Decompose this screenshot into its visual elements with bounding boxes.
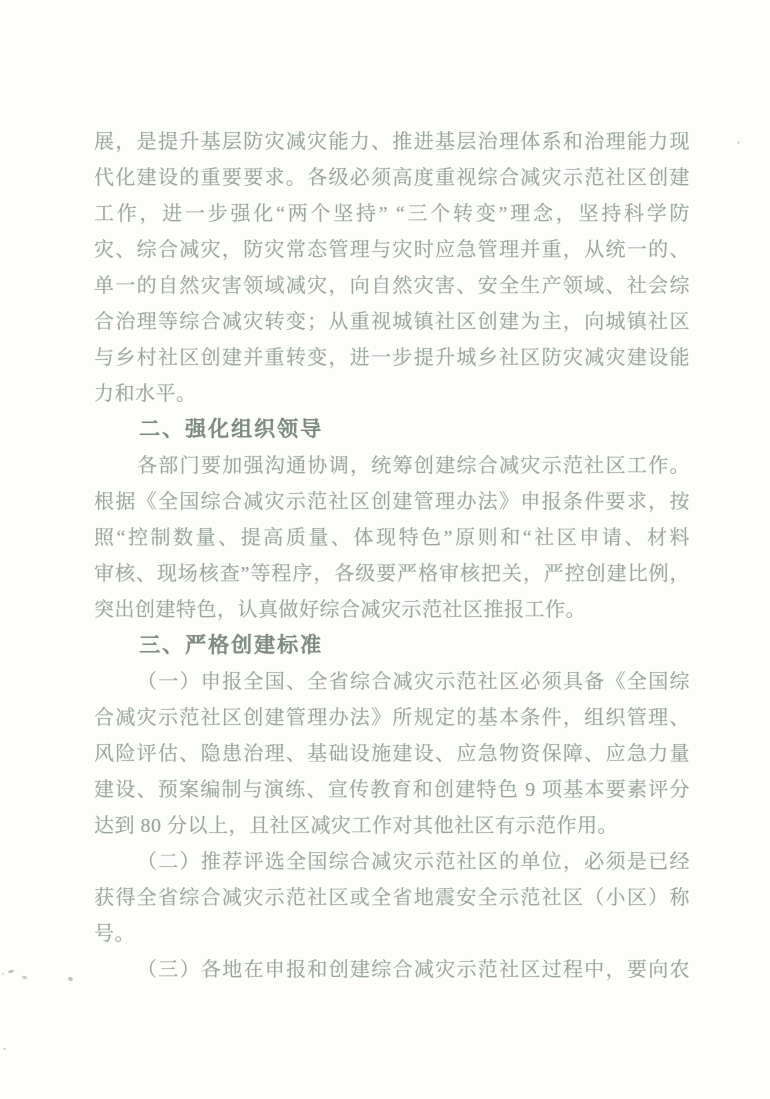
text-line: 单一的自然灾害领域减灾，向自然灾害、安全生产领域、社会综 bbox=[94, 268, 690, 304]
text-line: （三）各地在申报和创建综合减灾示范社区过程中，要向农 bbox=[94, 952, 690, 988]
text-line: 合治理等综合减灾转变；从重视城镇社区创建为主，向城镇社区 bbox=[94, 304, 690, 340]
scan-speck bbox=[3, 1048, 6, 1050]
scan-speck bbox=[8, 969, 15, 974]
scan-speck bbox=[737, 141, 740, 144]
section-heading: 二、强化组织领导 bbox=[94, 412, 690, 448]
text-line: 风险评估、隐患治理、基础设施建设、应急物资保障、应急力量 bbox=[94, 736, 690, 772]
text-line: 审核、现场核查”等程序，各级要严格审核把关，严控创建比例， bbox=[94, 556, 690, 592]
text-line: 合减灾示范社区创建管理办法》所规定的基本条件，组织管理、 bbox=[94, 700, 690, 736]
text-line: 展，是提升基层防灾减灾能力、推进基层治理体系和治理能力现 bbox=[94, 124, 690, 160]
text-line: 力和水平。 bbox=[94, 376, 690, 412]
text-line: 获得全省综合减灾示范社区或全省地震安全示范社区（小区）称 bbox=[94, 880, 690, 916]
scan-speck bbox=[2, 973, 4, 975]
section-heading: 三、严格创建标准 bbox=[94, 628, 690, 664]
text-line: 灾、综合减灾，防灾常态管理与灾时应急管理并重，从统一的、 bbox=[94, 232, 690, 268]
text-line: （二）推荐评选全国综合减灾示范社区的单位，必须是已经 bbox=[94, 844, 690, 880]
text-line: （一）申报全国、全省综合减灾示范社区必须具备《全国综 bbox=[94, 664, 690, 700]
text-line: 各部门要加强沟通协调，统筹创建综合减灾示范社区工作。 bbox=[94, 448, 690, 484]
text-line: 与乡村社区创建并重转变，进一步提升城乡社区防灾减灾建设能 bbox=[94, 340, 690, 376]
text-line: 突出创建特色，认真做好综合减灾示范社区推报工作。 bbox=[94, 592, 690, 628]
text-line: 建设、预案编制与演练、宣传教育和创建特色 9 项基本要素评分 bbox=[94, 772, 690, 808]
document-page: 展，是提升基层防灾减灾能力、推进基层治理体系和治理能力现代化建设的重要要求。各级… bbox=[0, 0, 770, 1099]
text-line: 达到 80 分以上，且社区减灾工作对其他社区有示范作用。 bbox=[94, 808, 690, 844]
document-text-block: 展，是提升基层防灾减灾能力、推进基层治理体系和治理能力现代化建设的重要要求。各级… bbox=[94, 124, 690, 988]
text-line: 根据《全国综合减灾示范社区创建管理办法》申报条件要求，按 bbox=[94, 484, 690, 520]
scan-speck bbox=[67, 976, 73, 982]
text-line: 照“控制数量、提高质量、体现特色”原则和“社区申请、材料 bbox=[94, 520, 690, 556]
text-line: 号。 bbox=[94, 916, 690, 952]
scan-speck bbox=[22, 975, 28, 979]
text-line: 代化建设的重要要求。各级必须高度重视综合减灾示范社区创建 bbox=[94, 160, 690, 196]
text-line: 工作，进一步强化“两个坚持” “三个转变”理念，坚持科学防 bbox=[94, 196, 690, 232]
